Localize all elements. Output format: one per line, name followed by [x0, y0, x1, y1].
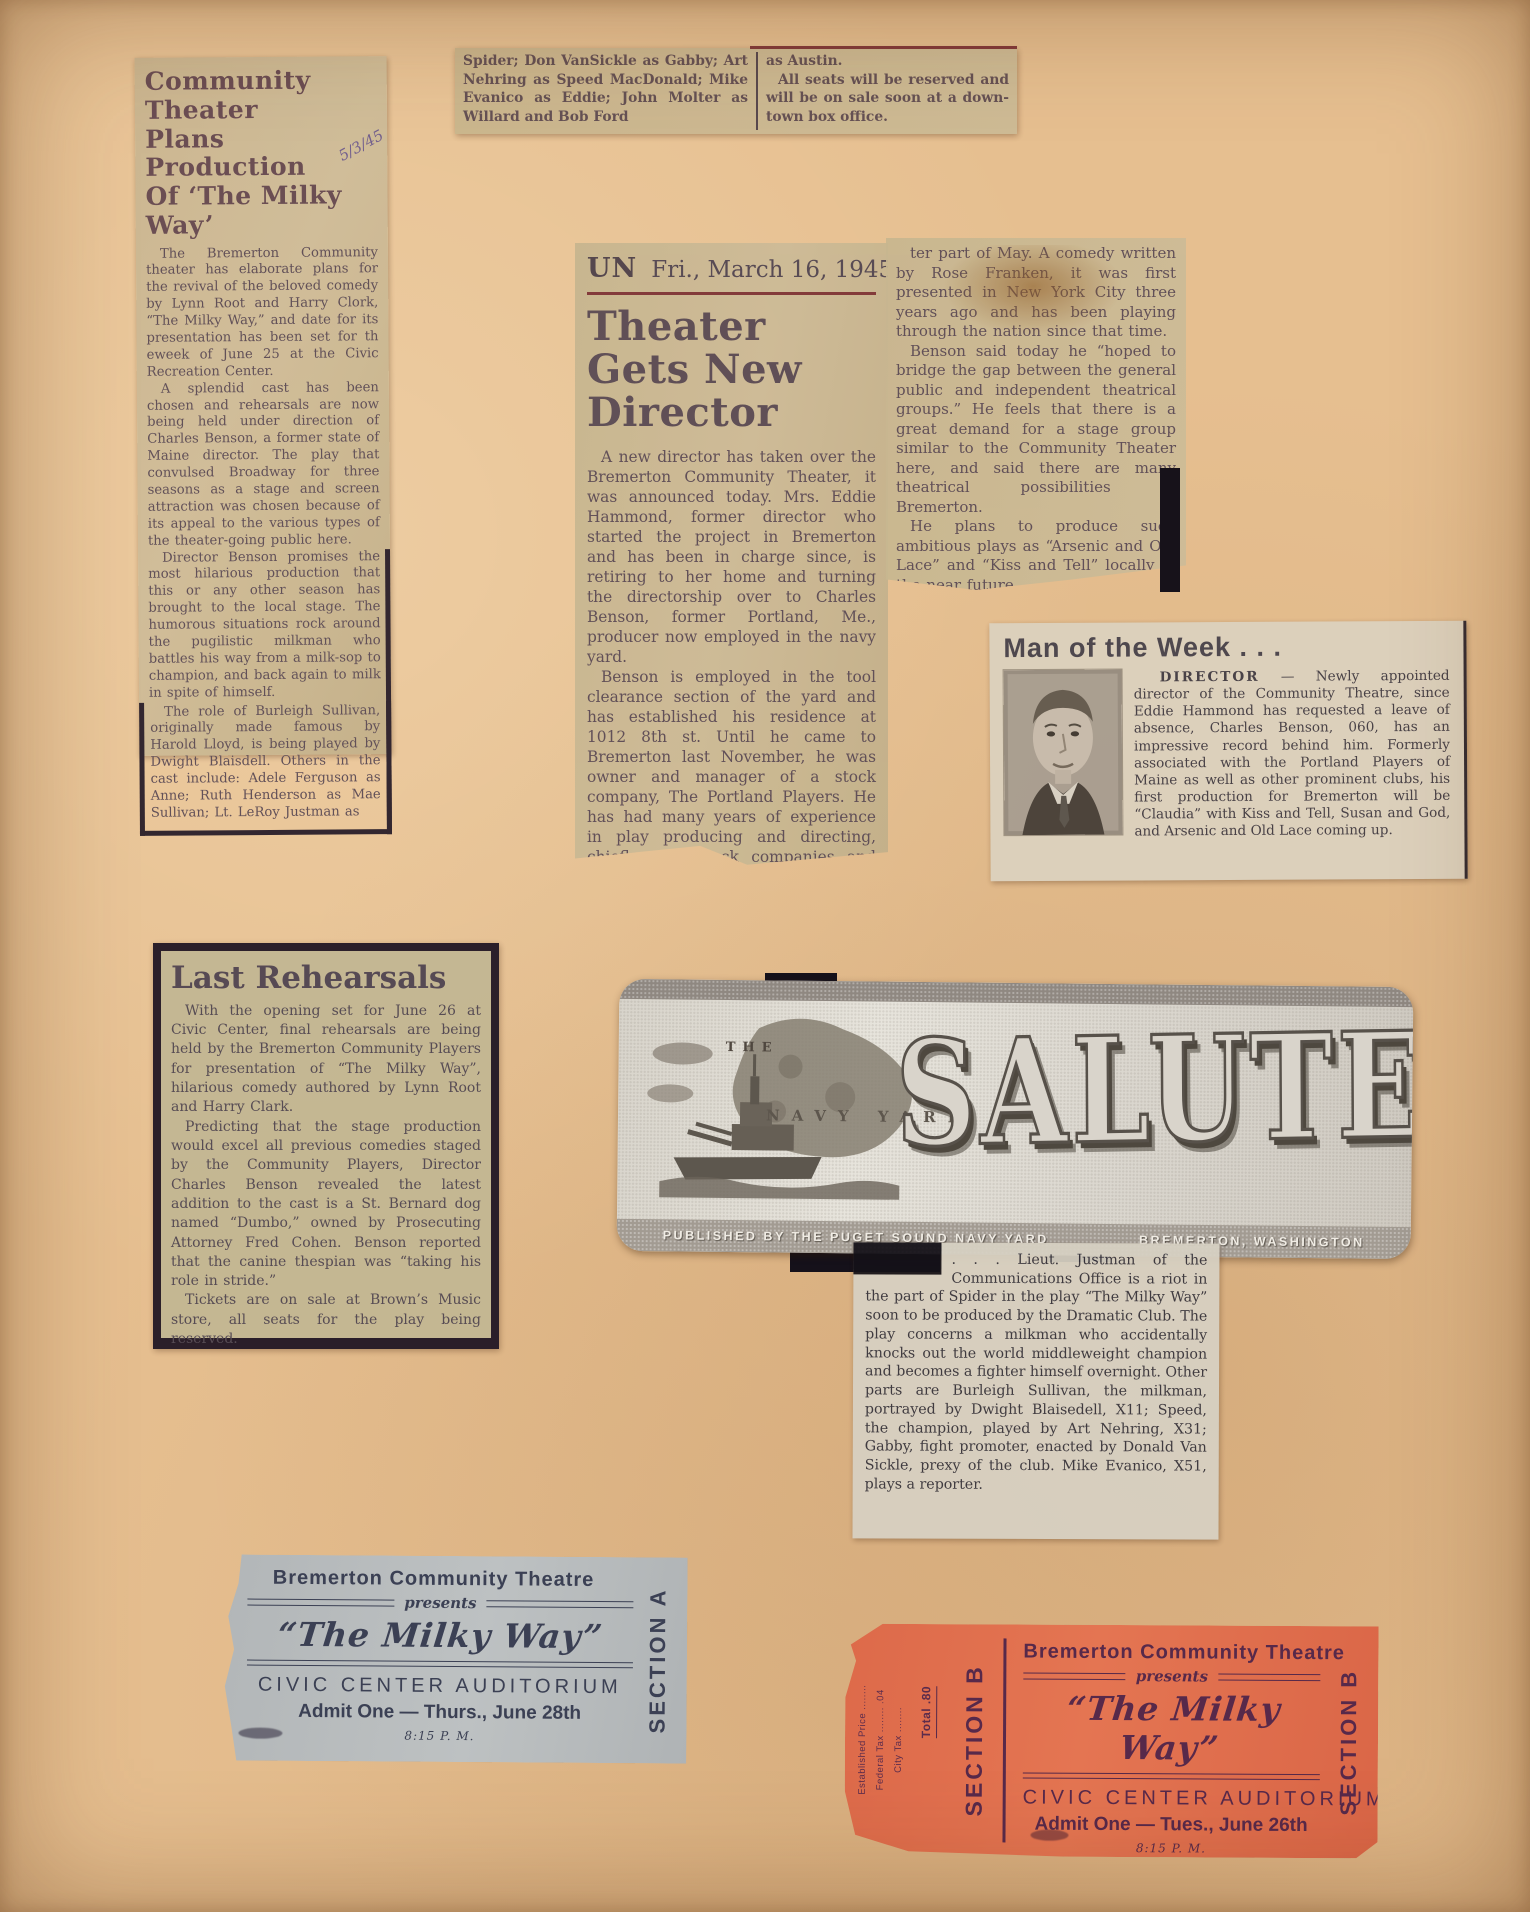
clipping-new-director: UN Fri., March 16, 1945 Theater Gets New… [575, 243, 888, 871]
ticket-venue: CIVIC CENTER AUDITORIUM [247, 1674, 633, 1700]
cast-right-line: All seats will be reserved and will be o… [766, 71, 1009, 127]
new-director-headline: Theater Gets New Director [587, 305, 876, 435]
plans-paragraph: Director Benson promises the most hilari… [148, 549, 381, 703]
continuation-paragraph: He plans to produce such ambitious plays… [896, 517, 1176, 595]
double-rule [1023, 1672, 1125, 1680]
double-rule [247, 1660, 633, 1669]
plans-headline-line2: Plans Production [145, 124, 306, 182]
cast-right-line: as Austin. [766, 52, 1009, 71]
ticket-section-label-left: SECTION B [961, 1664, 989, 1816]
clipping-cast-continuation: Spider; Don VanSickle as Gabby; Art Nehr… [455, 48, 1017, 134]
ticket-show-title: “The Milky Way” [245, 1615, 635, 1657]
ticket-section-label: SECTION A [644, 1587, 671, 1733]
black-paper-strip [1160, 468, 1180, 592]
stub-established-price: Established Price ........ [857, 1685, 869, 1795]
banner-salute-title: SALUTE [895, 1014, 1408, 1168]
clipping-justman: . . . Lieut. Justman of the Communicatio… [852, 1242, 1219, 1539]
portrait-photo [1004, 670, 1123, 836]
clipping-man-of-the-week: Man of the Week . . . [989, 621, 1467, 881]
ticket-section-a: Bremerton Community Theatre presents “Th… [224, 1554, 687, 1763]
clipping-plans-production: Community Theater Plans Production Of ‘T… [135, 56, 392, 756]
man-of-week-lead: DIRECTOR [1160, 669, 1260, 686]
cast-list-text: Spider; Don VanSickle as Gabby; Art Nehr… [463, 52, 748, 127]
ticket-theatre-name: Bremerton Community Theatre [233, 1566, 633, 1592]
new-director-paragraph: Benson is employed in the tool clearance… [587, 667, 876, 927]
last-rehearsals-paragraph: Predicting that the stage production wou… [171, 1118, 481, 1292]
plans-paragraph: The Bremerton Community theater has elab… [146, 245, 379, 382]
presents-rule: presents [1023, 1667, 1320, 1687]
stub-city-tax: City Tax ........ [893, 1707, 904, 1773]
ticket-section-label-right: SECTION B [1336, 1669, 1363, 1816]
continuation-paragraph: Benson said today he “hoped to bridge th… [896, 342, 1176, 518]
plans-headline-line3: Of ‘The Milky Way’ [145, 180, 342, 239]
presents-rule: presents [247, 1593, 633, 1614]
presents-label: presents [404, 1594, 476, 1613]
ticket-section-b: Established Price ........ Federal Tax .… [844, 1624, 1378, 1859]
cast-continuation-right-column: as Austin. All seats will be reserved an… [756, 52, 1009, 130]
banner-the-label: THE [726, 1040, 779, 1056]
ticket-venue: CIVIC CENTER AUDITORIUM [1023, 1787, 1320, 1812]
scrapbook-page: Community Theater Plans Production Of ‘T… [0, 0, 1530, 1912]
stub-federal-tax: Federal Tax ........ .04 [875, 1689, 887, 1790]
ticket-admit-line: Admit One — Thurs., June 28th [247, 1701, 633, 1726]
justman-body: . . . Lieut. Justman of the Communicatio… [865, 1250, 1208, 1495]
masthead-partial-name: UN [587, 251, 637, 286]
union-bug [1030, 1830, 1068, 1841]
portrait-illustration [1004, 670, 1123, 836]
continuation-paragraph: ter part of May. A comedy written by Ros… [896, 244, 1176, 342]
last-rehearsals-paragraph: With the opening set for June 26 at Civi… [171, 1002, 481, 1118]
plans-framed-section: Director Benson promises the most hilari… [148, 549, 392, 836]
double-rule [1023, 1773, 1320, 1781]
masthead-date: Fri., March 16, 1945 [651, 256, 893, 286]
man-of-week-text: DIRECTOR — Newly appointed director of t… [1134, 668, 1451, 841]
clipping-director-continuation: ter part of May. A comedy written by Ros… [886, 238, 1186, 590]
plans-headline-line1: Community Theater [145, 66, 311, 125]
double-rule [486, 1600, 633, 1608]
union-bug [238, 1727, 282, 1738]
clipping-last-rehearsals: Last Rehearsals With the opening set for… [153, 943, 499, 1349]
stub-divider-line [1002, 1638, 1006, 1842]
man-of-week-body: — Newly appointed director of the Commun… [1134, 668, 1451, 840]
plans-framed-bottom: The role of Burleigh Sullivan, originall… [139, 701, 392, 836]
ticket-theatre-name: Bremerton Community Theatre [1023, 1641, 1320, 1666]
newspaper-masthead: UN Fri., March 16, 1945 [587, 251, 876, 295]
black-paper-tab [853, 1242, 941, 1274]
plans-paragraph: A splendid cast has been chosen and rehe… [147, 380, 380, 551]
last-rehearsals-headline: Last Rehearsals [171, 957, 481, 1000]
ticket-show-title: “The Milky Way” [1019, 1689, 1325, 1769]
ticket-time: 8:15 P. M. [246, 1728, 632, 1745]
cast-continuation-left-column: Spider; Don VanSickle as Gabby; Art Nehr… [463, 52, 756, 130]
presents-label: presents [1136, 1667, 1208, 1685]
new-director-paragraph: A new director has taken over the Bremer… [587, 447, 876, 667]
clipping-salute-masthead: THE NAVY YARD SALUTE PUBLISHED BY THE PU… [617, 979, 1414, 1259]
man-of-week-title: Man of the Week . . . [1003, 631, 1449, 664]
double-rule [1218, 1673, 1320, 1681]
stub-total: Total .80 [919, 1686, 937, 1738]
ticket-time: 8:15 P. M. [1022, 1841, 1319, 1857]
double-rule [247, 1598, 394, 1606]
plans-paragraph: The role of Burleigh Sullivan, originall… [150, 703, 381, 823]
last-rehearsals-paragraph: Tickets are on sale at Brown’s Music sto… [171, 1291, 481, 1349]
